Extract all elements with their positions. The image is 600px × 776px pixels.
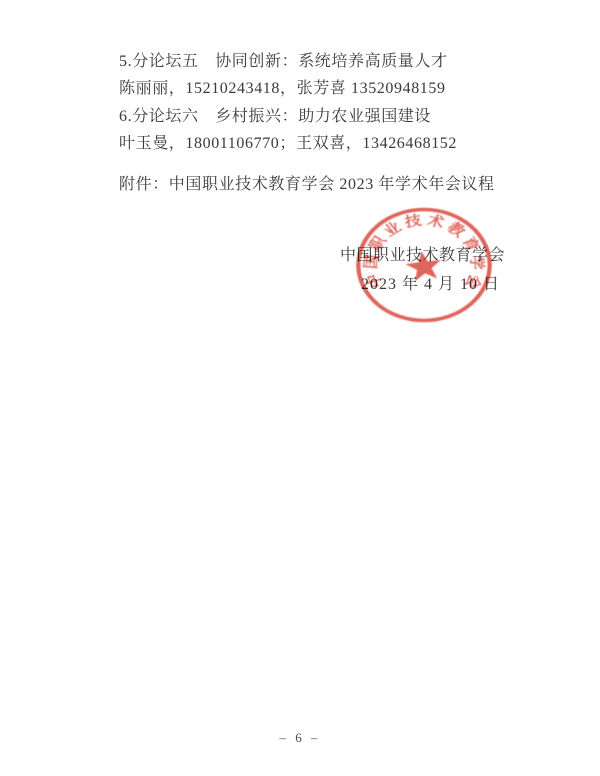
forum-6-title-line: 6.分论坛六 乡村振兴：助力农业强国建设 <box>119 103 431 126</box>
official-seal: 中国职业技术教育学会 <box>353 205 495 325</box>
attachment-line: 附件：中国职业技术教育学会 2023 年学术年会议程 <box>119 171 495 194</box>
signature-organization: 中国职业技术教育学会 <box>340 242 505 265</box>
page-number: – 6 – <box>0 730 600 746</box>
signature-date: 2023 年 4 月 10 日 <box>361 271 500 294</box>
forum-5-contacts-line: 陈丽丽，15210243418，张芳喜 13520948159 <box>119 75 446 98</box>
document-page: 5.分论坛五 协同创新：系统培养高质量人才 陈丽丽，15210243418，张芳… <box>0 0 600 776</box>
forum-6-contacts-line: 叶玉曼，18001106770；王双喜，13426468152 <box>119 130 457 153</box>
forum-5-title-line: 5.分论坛五 协同创新：系统培养高质量人才 <box>119 48 448 71</box>
